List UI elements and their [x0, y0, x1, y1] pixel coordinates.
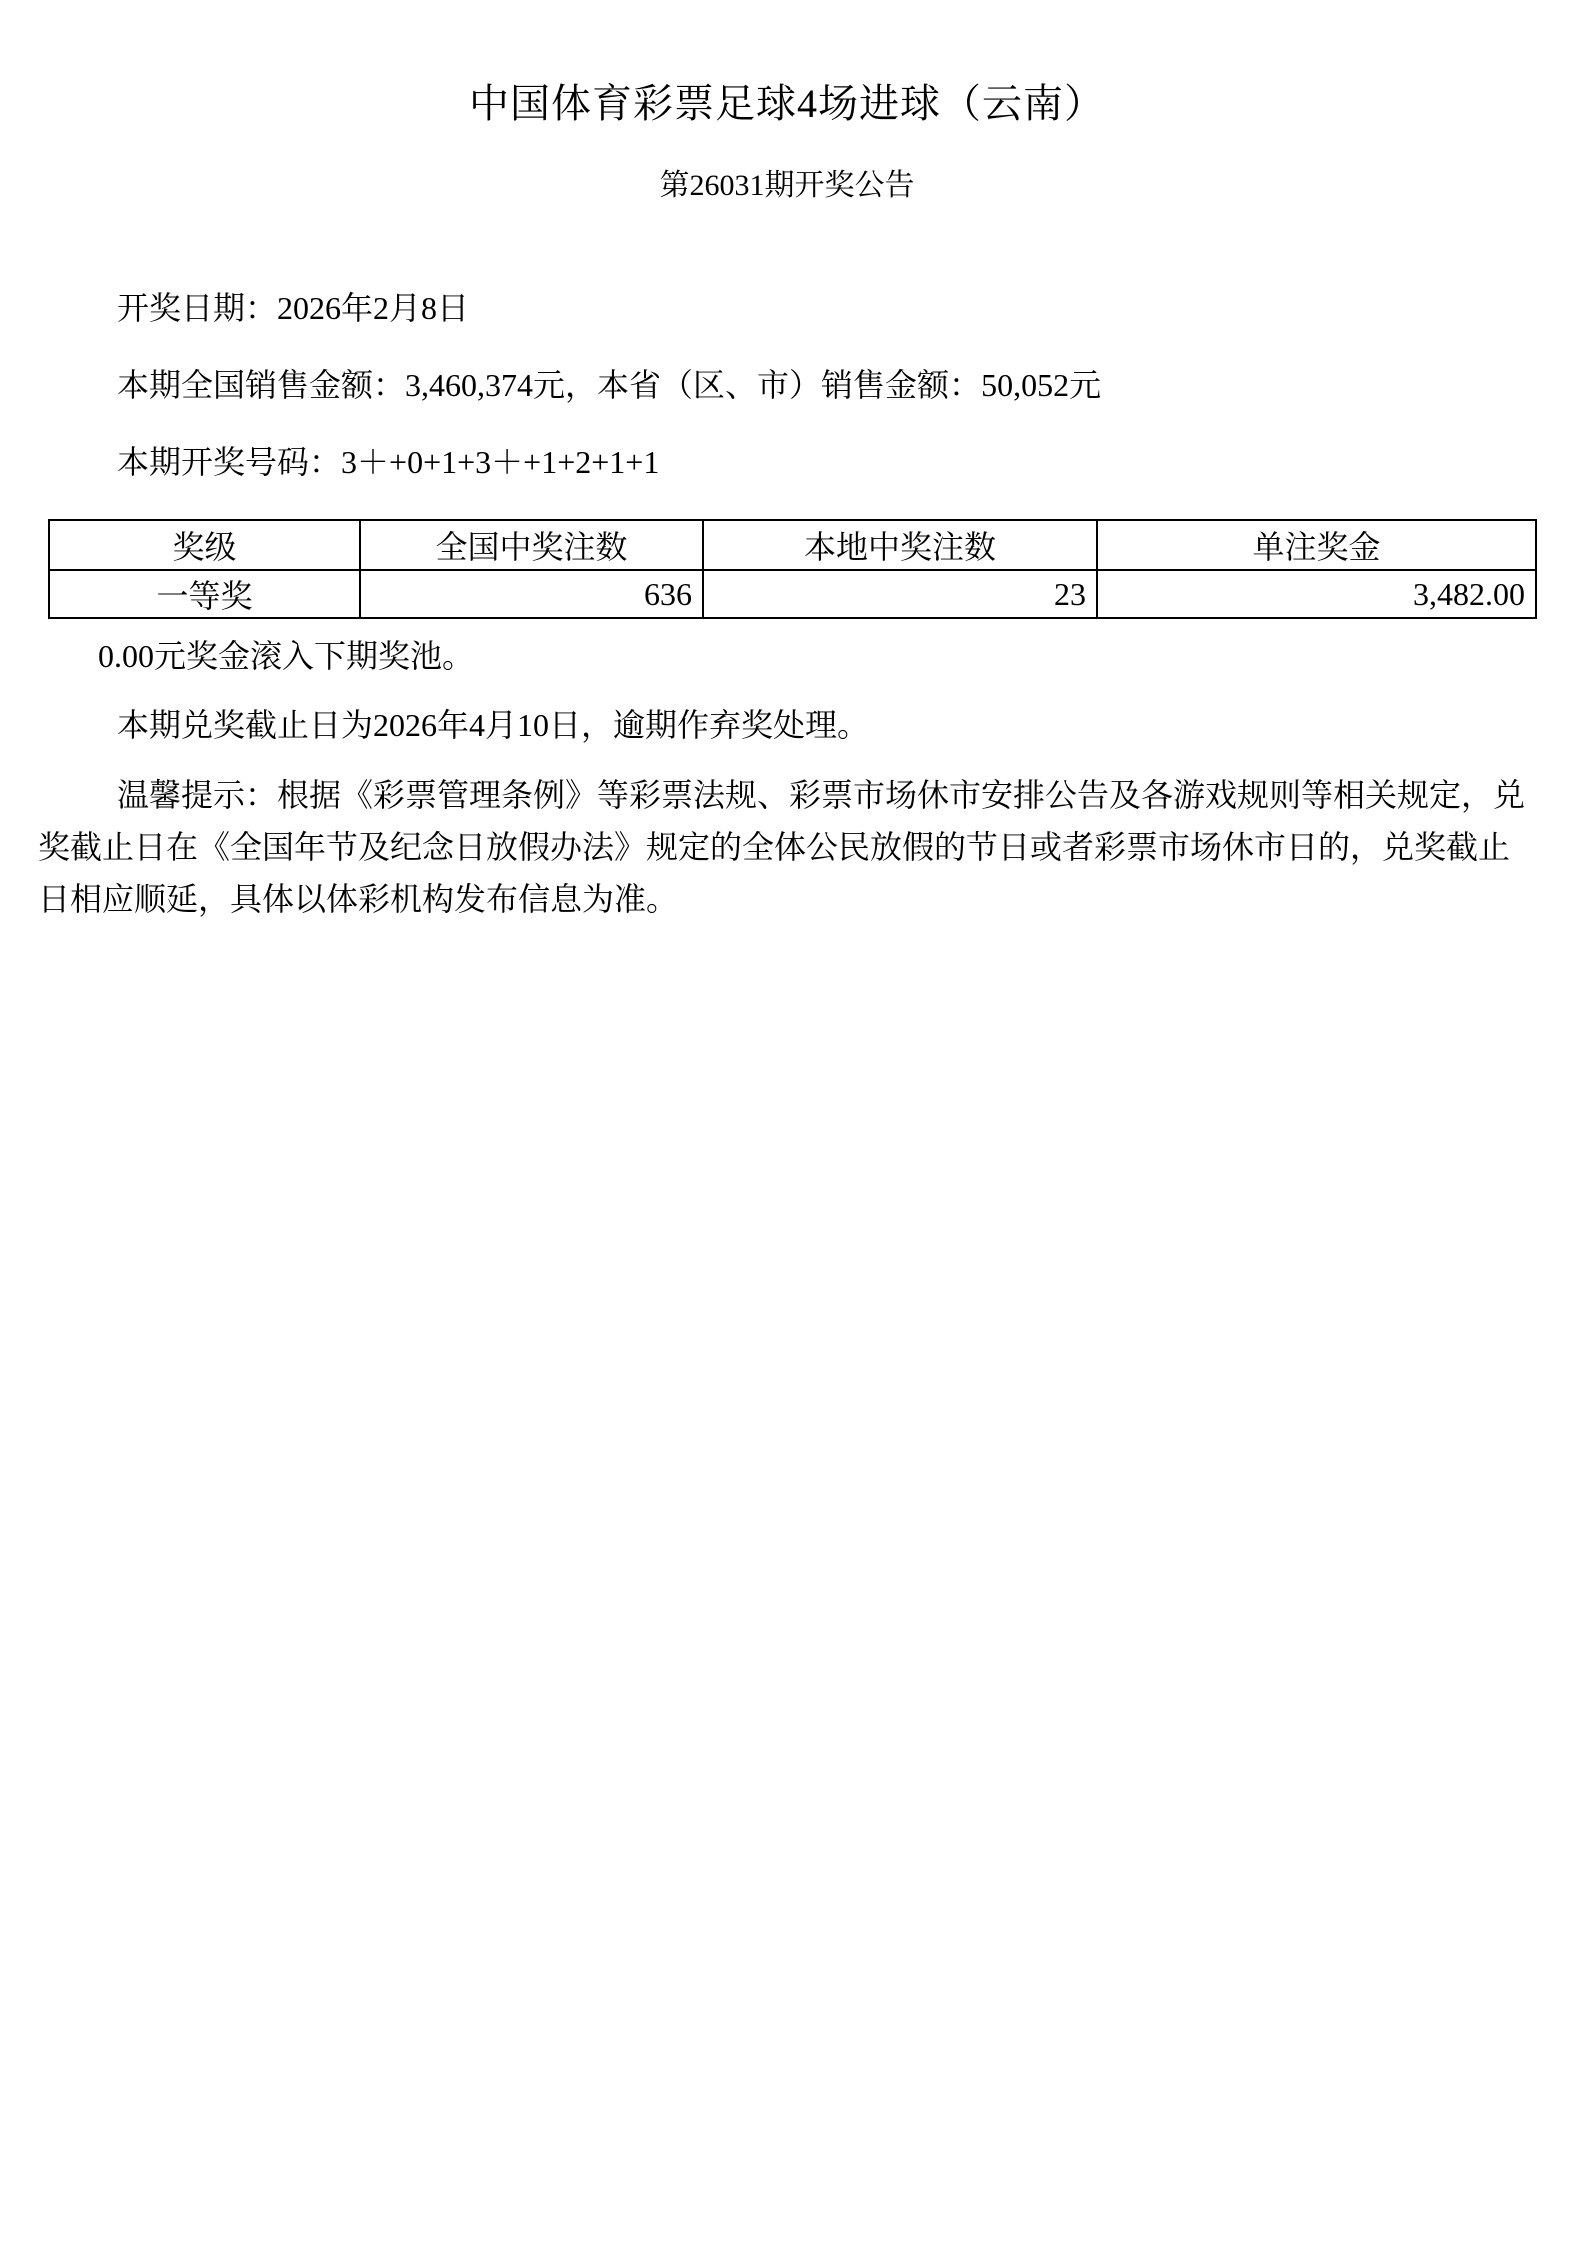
draw-numbers-line: 本期开奖号码：3＋+0+1+3＋+1+2+1+1 [38, 440, 1536, 484]
rollover-note: 0.00元奖金滚入下期奖池。 [38, 634, 1536, 678]
sales-line: 本期全国销售金额：3,460,374元，本省（区、市）销售金额：50,052元 [38, 363, 1536, 407]
page-title: 中国体育彩票足球4场进球（云南） [38, 80, 1536, 128]
prize-amount-cell: 3,482.00 [1097, 570, 1536, 618]
draw-date-value: 2026年2月8日 [277, 290, 469, 326]
issue-subtitle: 第26031期开奖公告 [38, 168, 1536, 204]
prize-table-header: 奖级 全国中奖注数 本地中奖注数 单注奖金 [49, 520, 1536, 570]
col-header-prize-level: 奖级 [49, 520, 360, 570]
local-winners-cell: 23 [703, 570, 1097, 618]
col-header-prize-amount: 单注奖金 [1097, 520, 1536, 570]
national-sales-label: 本期全国销售金额： [117, 367, 405, 403]
provincial-sales-value: 50,052元 [981, 367, 1101, 403]
announcement-document: 中国体育彩票足球4场进球（云南） 第26031期开奖公告 开奖日期：2026年2… [0, 0, 1586, 2242]
table-row: 一等奖 636 23 3,482.00 [49, 570, 1536, 618]
national-sales-value: 3,460,374元 [405, 367, 565, 403]
draw-date-line: 开奖日期：2026年2月8日 [38, 286, 1536, 330]
reminder-note: 温馨提示：根据《彩票管理条例》等彩票法规、彩票市场休市安排公告及各游戏规则等相关… [38, 769, 1536, 925]
provincial-sales-label: 本省（区、市）销售金额： [597, 367, 981, 403]
draw-numbers-label: 本期开奖号码： [117, 444, 341, 480]
prize-table: 奖级 全国中奖注数 本地中奖注数 单注奖金 一等奖 636 23 3,482.0… [48, 519, 1537, 619]
draw-date-label: 开奖日期： [117, 290, 277, 326]
deadline-note: 本期兑奖截止日为2026年4月10日，逾期作弃奖处理。 [38, 703, 1536, 747]
national-winners-cell: 636 [360, 570, 703, 618]
header-row: 奖级 全国中奖注数 本地中奖注数 单注奖金 [49, 520, 1536, 570]
col-header-local-winners: 本地中奖注数 [703, 520, 1097, 570]
col-header-national-winners: 全国中奖注数 [360, 520, 703, 570]
draw-numbers-value: 3＋+0+1+3＋+1+2+1+1 [341, 444, 659, 480]
prize-level-cell: 一等奖 [49, 570, 360, 618]
sales-separator: ， [565, 367, 597, 403]
prize-table-body: 一等奖 636 23 3,482.00 [49, 570, 1536, 618]
